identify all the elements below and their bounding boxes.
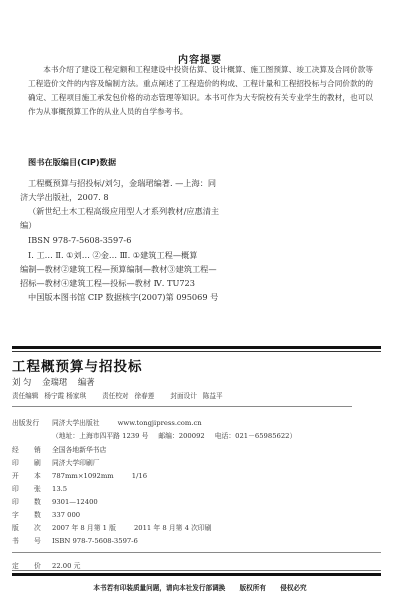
piracy-notice: 侵权必究 [280, 584, 306, 592]
publisher-row: 出版发行同济大学出版社www.tongjipress.com.cn [12, 417, 202, 427]
info-extra: 2011 年 8 月第 4 次印刷 [134, 522, 212, 532]
cip-line: 工程概预算与招投标/刘匀，金瑞珺编著. —上海：同 [28, 178, 216, 189]
cip-line: （新世纪土木工程高级应用型人才系列教材/应惠清主 [28, 206, 219, 217]
publisher-address-row: （地址：上海市四平路 1239 号邮编：200092电话：021－6598562… [12, 430, 296, 440]
cip-isbn: IBSN 978-7-5608-3597-6 [28, 235, 131, 245]
author-role: 编著 [78, 377, 95, 387]
bottom-rule-thin [12, 570, 381, 571]
credit-label: 封面设计 [170, 392, 196, 400]
author-name: 金瑞珺 [42, 377, 67, 387]
info-value: 2007 年 8 月第 1 版 [52, 522, 116, 532]
price-value: 22.00 元 [52, 560, 80, 570]
info-value: 全国各地新华书店 [52, 444, 106, 454]
divider [12, 552, 381, 553]
cip-line: Ⅰ. 工… Ⅱ. ①刘… ②金… Ⅲ. ①建筑工程—概算 [28, 250, 197, 261]
title-rule-thin [12, 351, 381, 352]
authors: 刘 匀 金瑞珺 编著 [12, 376, 103, 388]
credit-value: 陈益平 [203, 392, 223, 400]
credit-value: 徐春莲 [135, 392, 155, 400]
publisher-label: 出版发行 [12, 417, 52, 427]
publisher-address: （地址：上海市四平路 1239 号 [52, 430, 148, 440]
footer-note: 本书若有印装质量问题，请向本社发行部调换 版权所有 侵权必究 [0, 582, 400, 592]
info-value: ISBN 978-7-5608-3597-6 [52, 537, 138, 545]
info-value: 9301—12400 [52, 498, 98, 506]
info-row-sheets: 印张13.5 [12, 483, 67, 493]
cip-line: 招标—教材④建筑工程—投标—教材 Ⅳ. TU723 [20, 278, 195, 289]
publisher-website: www.tongjipress.com.cn [118, 419, 202, 427]
info-value: 337 000 [52, 511, 80, 519]
author-name: 刘 匀 [12, 377, 31, 387]
info-row-format: 开本787mm×1092mm1/16 [12, 470, 147, 480]
info-row-distributor: 经销全国各地新华书店 [12, 444, 106, 454]
info-row-word-count: 字数337 000 [12, 509, 80, 519]
publisher-phone: 电话：021－65985622） [215, 430, 297, 440]
info-row-print-run: 印数9301—12400 [12, 496, 98, 506]
book-title: 工程概预算与招投标 [12, 355, 143, 375]
credit-value: 杨宁霞 杨家琪 [44, 392, 86, 400]
cip-title: 图书在版编目(CIP)数据 [28, 157, 116, 168]
cip-line: 中国版本图书馆 CIP 数据核字(2007)第 095069 号 [28, 292, 218, 303]
cip-line: 编） [20, 220, 36, 231]
info-extra: 1/16 [132, 472, 147, 480]
divider [12, 406, 352, 407]
abstract-body: 本书介绍了建设工程定额和工程建设中投资估算、设计概算、施工图预算、竣工决算及合同… [28, 63, 373, 119]
copyright-notice: 版权所有 [240, 584, 266, 592]
publisher-postcode: 邮编：200092 [158, 430, 204, 440]
info-value: 787mm×1092mm [52, 472, 114, 480]
credit-label: 责任编辑 [12, 392, 38, 400]
publisher-name: 同济大学出版社 [52, 417, 100, 427]
cip-line: 济大学出版社，2007. 8 [20, 192, 109, 203]
info-value: 13.5 [52, 485, 67, 493]
cip-line: 编制—教材②建筑工程—预算编制—教材③建筑工程— [20, 264, 217, 275]
info-row-isbn: 书号ISBN 978-7-5608-3597-6 [12, 535, 138, 545]
quality-notice: 本书若有印装质量问题，请向本社发行部调换 [93, 584, 225, 592]
credit-label: 责任校对 [102, 392, 128, 400]
info-value: 同济大学印刷厂 [52, 457, 100, 467]
info-row-price: 定价22.00 元 [12, 560, 80, 570]
bottom-rule-thick [12, 573, 381, 576]
title-rule-thick [12, 346, 381, 349]
info-row-edition: 版次2007 年 8 月第 1 版2011 年 8 月第 4 次印刷 [12, 522, 211, 532]
credits: 责任编辑杨宁霞 杨家琪 责任校对徐春莲 封面设计陈益平 [12, 390, 237, 400]
info-row-printer: 印刷同济大学印刷厂 [12, 457, 100, 467]
